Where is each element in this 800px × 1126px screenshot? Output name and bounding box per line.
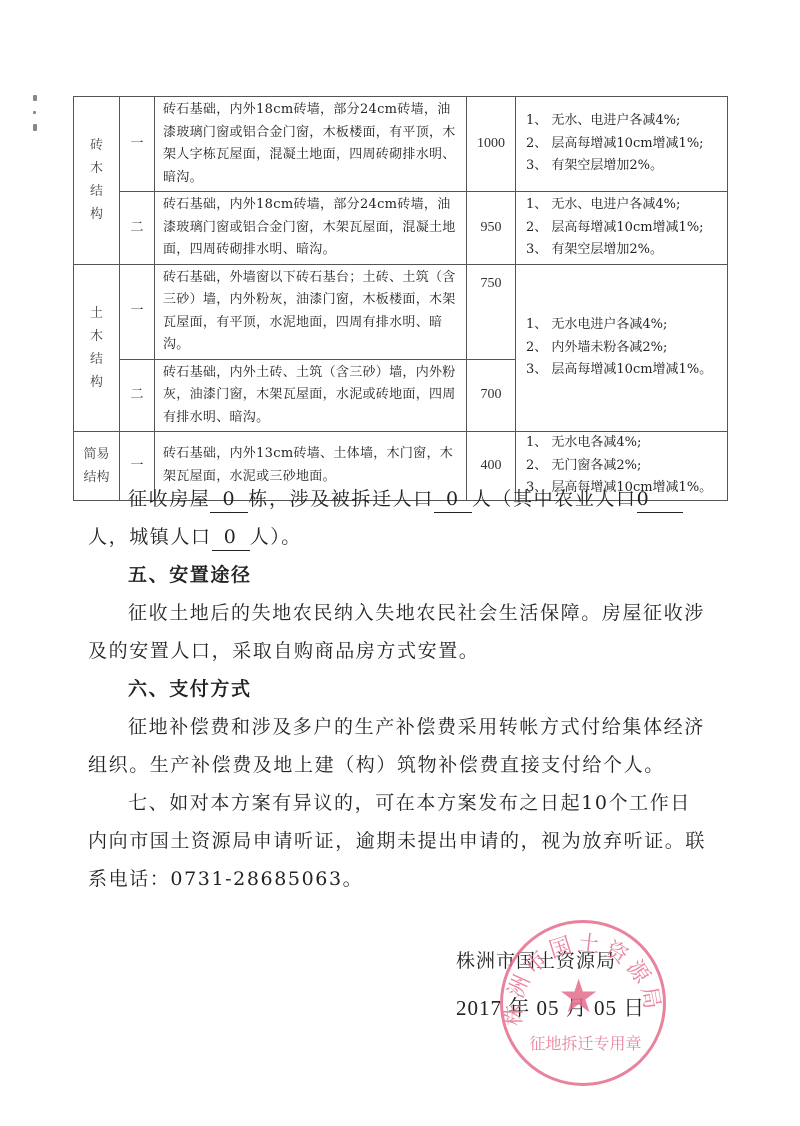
adjustment-item: 1、 无水电进户各减4%; bbox=[526, 314, 721, 337]
price-cell: 750 bbox=[467, 264, 516, 359]
adjustment-item: 2、 无门窗各减2%; bbox=[526, 455, 721, 478]
document-body: 征收房屋0栋，涉及被拆迁人口0人（其中农业人口0人，城镇人口0人）。 五、安置途… bbox=[88, 480, 708, 898]
description-cell: 砖石基础，外墙窗以下砖石基台；土砖、土筑（含三砂）墙，内外粉灰，油漆门窗，木板楼… bbox=[155, 264, 467, 359]
grade-label: 二 bbox=[130, 387, 143, 402]
adjustment-item: 3、 有架空层增加2%。 bbox=[526, 239, 721, 262]
adjustment-item: 1、 无水电各减4%; bbox=[526, 432, 721, 455]
text: 人（其中农业人口 bbox=[472, 488, 637, 510]
section-7-text: 七、如对本方案有异议的，可在本方案发布之日起10个工作日内向市国土资源局申请听证… bbox=[88, 784, 708, 898]
star-icon: ★ bbox=[558, 973, 599, 1019]
adjustment-item: 2、 内外墙未粉各减2%; bbox=[526, 337, 721, 360]
section-6-heading: 六、支付方式 bbox=[88, 670, 708, 708]
text: 人）。 bbox=[250, 526, 302, 548]
adjustment-item: 1、 无水、电进户各减4%; bbox=[526, 194, 721, 217]
adjustment-item: 3、 层高每增减10cm增减1%。 bbox=[526, 359, 721, 382]
grade-cell: 一 bbox=[120, 264, 155, 359]
grade-label: 一 bbox=[130, 458, 143, 473]
people-count: 0 bbox=[434, 486, 472, 513]
houses-count: 0 bbox=[210, 486, 248, 513]
table-row: 二 砖石基础，内外18cm砖墙，部分24cm砖墙，油漆玻璃门窗或铝合金门窗，木架… bbox=[74, 192, 728, 265]
structure-type-label: 土木结构 bbox=[90, 302, 104, 394]
section-5-heading: 五、安置途径 bbox=[88, 556, 708, 594]
table-row: 砖木结构 一 砖石基础，内外18cm砖墙，部分24cm砖墙，油漆玻璃门窗或铝合金… bbox=[74, 97, 728, 192]
seal-bottom-text: 征地拆迁专用章 bbox=[528, 1031, 643, 1054]
structure-type-cell: 砖木结构 bbox=[74, 97, 120, 265]
structure-type-label: 砖木结构 bbox=[90, 134, 104, 226]
grade-cell: 二 bbox=[120, 192, 155, 265]
houses-paragraph: 征收房屋0栋，涉及被拆迁人口0人（其中农业人口0人，城镇人口0人）。 bbox=[88, 480, 708, 556]
grade-label: 一 bbox=[130, 303, 143, 318]
text: 征收房屋 bbox=[128, 488, 210, 510]
description-cell: 砖石基础，内外土砖、土筑（含三砂）墙，内外粉灰，油漆门窗，木架瓦屋面，水泥或砖地… bbox=[155, 359, 467, 432]
adjustments-cell: 1、 无水、电进户各减4%; 2、 层高每增减10cm增减1%; 3、 有架空层… bbox=[516, 192, 728, 265]
grade-cell: 二 bbox=[120, 359, 155, 432]
adjustment-item: 3、 有架空层增加2%。 bbox=[526, 155, 721, 178]
adjustments-cell: 1、 无水、电进户各减4%; 2、 层高每增减10cm增减1%; 3、 有架空层… bbox=[516, 97, 728, 192]
adjustment-item: 2、 层高每增减10cm增减1%; bbox=[526, 217, 721, 240]
description-cell: 砖石基础，内外18cm砖墙，部分24cm砖墙，油漆玻璃门窗或铝合金门窗，木板楼面… bbox=[155, 97, 467, 192]
price-cell: 950 bbox=[467, 192, 516, 265]
urban-population: 0 bbox=[212, 524, 250, 551]
table-row: 土木结构 一 砖石基础，外墙窗以下砖石基台；土砖、土筑（含三砂）墙，内外粉灰，油… bbox=[74, 264, 728, 359]
section-6-text: 征地补偿费和涉及多户的生产补偿费采用转帐方式付给集体经济组织。生产补偿费及地上建… bbox=[88, 708, 708, 784]
grade-label: 一 bbox=[130, 136, 143, 151]
compensation-standard-table: 砖木结构 一 砖石基础，内外18cm砖墙，部分24cm砖墙，油漆玻璃门窗或铝合金… bbox=[73, 96, 728, 501]
agricultural-population: 0 bbox=[637, 486, 683, 513]
adjustments-cell: 1、 无水电进户各减4%; 2、 内外墙未粉各减2%; 3、 层高每增减10cm… bbox=[516, 264, 728, 432]
text: 栋，涉及被拆迁人口 bbox=[248, 488, 433, 510]
grade-label: 二 bbox=[130, 220, 143, 235]
adjustment-item: 1、 无水、电进户各减4%; bbox=[526, 110, 721, 133]
section-5-text: 征收土地后的失地农民纳入失地农民社会生活保障。房屋征收涉及的安置人口，采取自购商… bbox=[88, 594, 708, 670]
price-cell: 1000 bbox=[467, 97, 516, 192]
grade-cell: 一 bbox=[120, 97, 155, 192]
structure-type-cell: 土木结构 bbox=[74, 264, 120, 432]
adjustment-item: 2、 层高每增减10cm增减1%; bbox=[526, 133, 721, 156]
text: 人，城镇人口 bbox=[88, 526, 212, 548]
scan-marks bbox=[33, 95, 39, 141]
official-seal: 株洲市国土资源局 ★ 征地拆迁专用章 bbox=[500, 920, 666, 1086]
price-cell: 700 bbox=[467, 359, 516, 432]
description-cell: 砖石基础，内外18cm砖墙，部分24cm砖墙，油漆玻璃门窗或铝合金门窗，木架瓦屋… bbox=[155, 192, 467, 265]
